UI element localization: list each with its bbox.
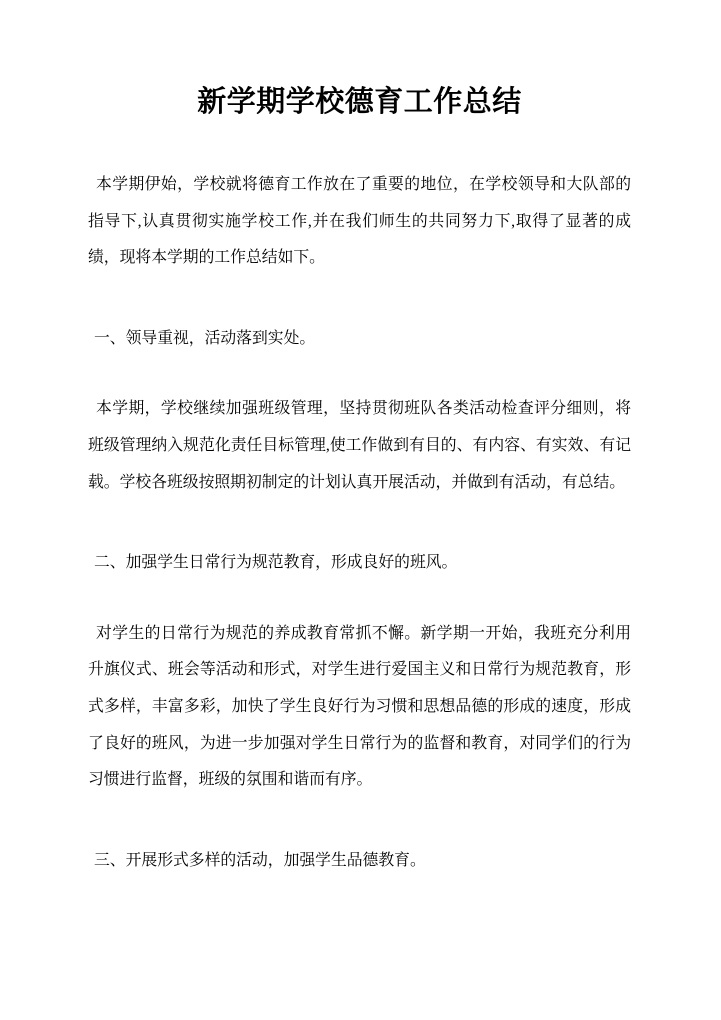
document-page: 新学期学校德育工作总结 本学期伊始，学校就将德育工作放在了重要的地位，在学校领导… xyxy=(0,0,721,1020)
section-heading-3: 三、开展形式多样的活动，加强学生品德教育。 xyxy=(88,843,631,880)
section-1-paragraph: 本学期，学校继续加强班级管理，坚持贯彻班队各类活动检查评分细则，将班级管理纳入规… xyxy=(88,391,631,501)
intro-paragraph: 本学期伊始，学校就将德育工作放在了重要的地位，在学校领导和大队部的指导下,认真贯… xyxy=(88,167,631,277)
section-heading-2: 二、加强学生日常行为规范教育，形成良好的班风。 xyxy=(88,545,631,582)
section-2-paragraph: 对学生的日常行为规范的养成教育常抓不懈。新学期一开始，我班充分利用升旗仪式、班会… xyxy=(88,616,631,799)
document-title: 新学期学校德育工作总结 xyxy=(88,81,631,123)
section-heading-1: 一、领导重视，活动落到实处。 xyxy=(88,321,631,358)
